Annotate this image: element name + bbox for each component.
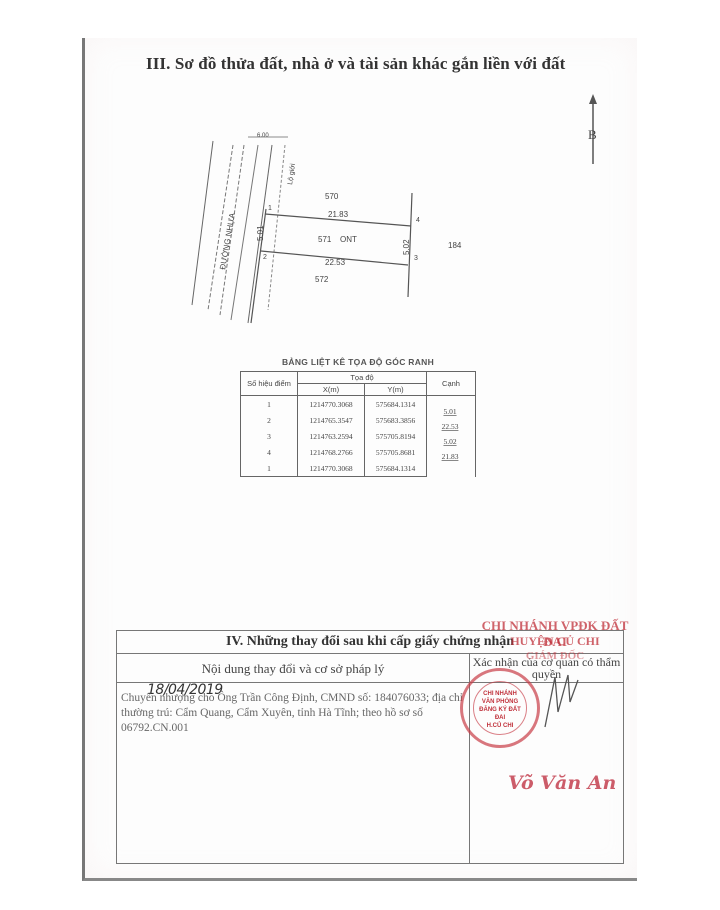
svg-text:B: B bbox=[588, 127, 597, 142]
official-seal: CHI NHÁNH VĂN PHÒNG ĐĂNG KÝ ĐẤT ĐAI H.CỦ… bbox=[460, 668, 540, 748]
section-3-title: III. Sơ đồ thửa đất, nhà ở và tài sản kh… bbox=[146, 54, 565, 74]
svg-text:571: 571 bbox=[318, 235, 332, 244]
header-x: X(m) bbox=[298, 384, 365, 396]
parcel-map: 6.00 570 21.83 571 ONT 22.53 572 184 4 3… bbox=[180, 125, 480, 325]
svg-text:Lộ giới: Lộ giới bbox=[287, 163, 297, 186]
svg-text:5.01: 5.01 bbox=[256, 225, 265, 241]
svg-text:4: 4 bbox=[416, 217, 420, 224]
svg-text:22.53: 22.53 bbox=[325, 258, 346, 267]
svg-text:3: 3 bbox=[414, 255, 418, 262]
svg-text:6.00: 6.00 bbox=[257, 133, 269, 139]
header-y: Y(m) bbox=[365, 384, 427, 396]
svg-text:5.02: 5.02 bbox=[402, 239, 411, 255]
stamp-header-line2: HUYỆN CỦ CHI bbox=[470, 634, 640, 649]
change-entry: Chuyển nhượng cho Ông Trần Công Định, CM… bbox=[121, 691, 466, 736]
edge-lengths: 5.01 22.53 5.02 21.83 bbox=[428, 404, 472, 464]
svg-text:ONT: ONT bbox=[340, 235, 357, 244]
svg-text:1: 1 bbox=[268, 205, 272, 212]
signer-name: Võ Văn An bbox=[508, 772, 616, 794]
changes-table: IV. Những thay đổi sau khi cấp giấy chứn… bbox=[116, 630, 624, 864]
header-edge: Cạnh bbox=[427, 372, 476, 396]
header-point: Số hiệu điểm bbox=[241, 372, 298, 396]
header-content: Nội dung thay đổi và cơ sở pháp lý bbox=[117, 661, 469, 677]
svg-text:21.83: 21.83 bbox=[328, 210, 349, 219]
svg-text:ĐƯỜNG NHỰA: ĐƯỜNG NHỰA bbox=[218, 212, 237, 271]
svg-text:572: 572 bbox=[315, 275, 329, 284]
coord-table-title: BẢNG LIỆT KÊ TỌA ĐỘ GÓC RANH bbox=[240, 357, 476, 367]
header-coords: Tọa độ bbox=[298, 372, 427, 384]
stamp-header-line3: GIÁM ĐỐC bbox=[470, 650, 640, 662]
north-arrow-icon: B bbox=[586, 94, 600, 164]
svg-text:2: 2 bbox=[263, 254, 267, 261]
signature-icon bbox=[540, 672, 580, 732]
svg-text:184: 184 bbox=[448, 241, 462, 250]
svg-text:570: 570 bbox=[325, 192, 339, 201]
